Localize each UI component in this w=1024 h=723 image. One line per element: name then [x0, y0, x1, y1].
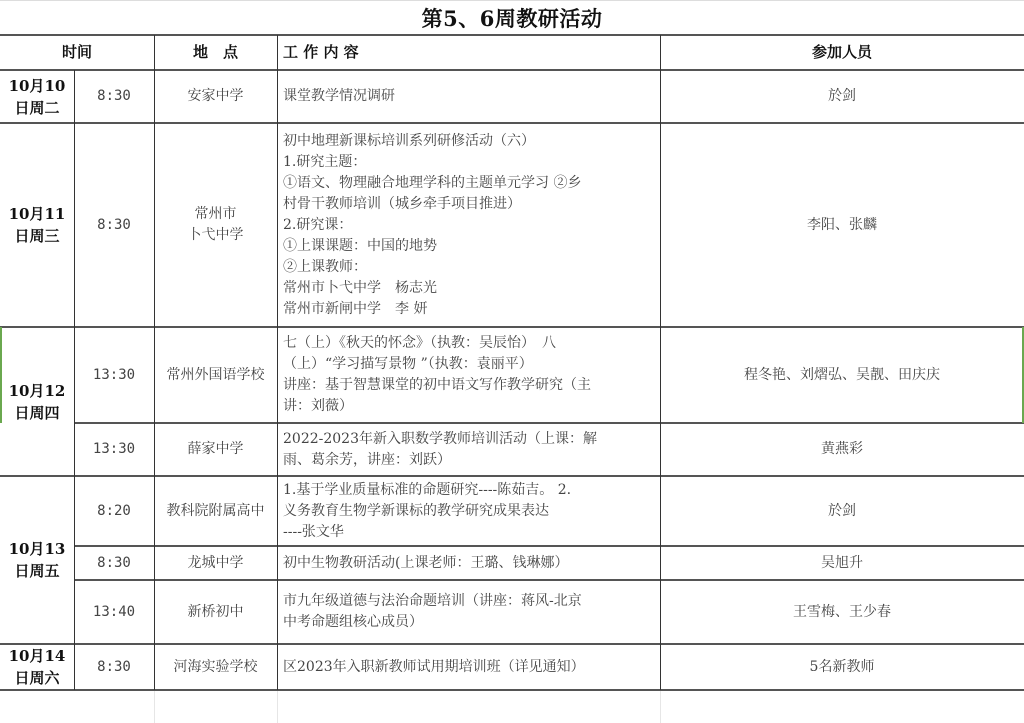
content-cell[interactable]: 1.基于学业质量标准的命题研究----陈茹吉。 2. 义务教育生物学新课标的教学… [277, 476, 660, 546]
content-cell[interactable]: 初中地理新课标培训系列研修活动（六） 1.研究主题： ①语文、物理融合地理学科的… [277, 123, 660, 327]
content-cell[interactable]: 初中生物教研活动(上课老师：王璐、钱琳娜） [277, 546, 660, 580]
table-border [74, 422, 1024, 424]
gridline [660, 691, 661, 723]
time-cell[interactable]: 8:30 [74, 123, 154, 327]
date-cell[interactable]: 10月10 日周二 [0, 70, 74, 123]
location-cell[interactable]: 常州市 卜弋中学 [154, 123, 277, 327]
location-cell[interactable]: 薛家中学 [154, 423, 277, 476]
time-cell[interactable]: 8:30 [74, 644, 154, 690]
participants-cell[interactable]: 於剑 [660, 476, 1024, 546]
header-content[interactable]: 工 作 内 容 [277, 35, 660, 70]
content-cell[interactable]: 市九年级道德与法治命题培训（讲座：蒋风-北京 中考命题组核心成员） [277, 580, 660, 644]
time-cell[interactable]: 13:40 [74, 580, 154, 644]
page-title: 第5、6周教研活动 [0, 0, 1024, 35]
date-cell[interactable]: 10月12 日周四 [0, 327, 74, 476]
location-cell[interactable]: 龙城中学 [154, 546, 277, 580]
table-border [277, 35, 278, 690]
location-cell[interactable]: 常州外国语学校 [154, 327, 277, 423]
participants-cell[interactable]: 吴旭升 [660, 546, 1024, 580]
time-cell[interactable]: 8:20 [74, 476, 154, 546]
location-cell[interactable]: 河海实验学校 [154, 644, 277, 690]
gridline [277, 691, 278, 723]
date-cell[interactable]: 10月14 日周六 [0, 644, 74, 690]
participants-cell[interactable]: 於剑 [660, 70, 1024, 123]
participants-cell[interactable]: 5名新教师 [660, 644, 1024, 690]
participants-cell[interactable]: 李阳、张麟 [660, 123, 1024, 327]
time-cell[interactable]: 13:30 [74, 327, 154, 423]
content-cell[interactable]: 课堂教学情况调研 [277, 70, 660, 123]
table-border [74, 545, 1024, 547]
table-border [74, 579, 1024, 581]
table-border [154, 35, 155, 690]
selection-border-left [0, 327, 2, 423]
header-time[interactable]: 时间 [0, 35, 154, 70]
time-cell[interactable]: 8:30 [74, 546, 154, 580]
location-cell[interactable]: 教科院附属高中 [154, 476, 277, 546]
table-border [74, 70, 75, 690]
gridline [154, 691, 155, 723]
table-border [660, 35, 661, 690]
content-cell[interactable]: 2022-2023年新入职数学教师培训活动（上课：解 雨、葛余芳，讲座：刘跃） [277, 423, 660, 476]
location-cell[interactable]: 新桥初中 [154, 580, 277, 644]
date-cell[interactable]: 10月13 日周五 [0, 476, 74, 644]
participants-cell-selected[interactable]: 程冬艳、刘熠弘、吴靓、田庆庆 [660, 327, 1024, 423]
date-cell[interactable]: 10月11 日周三 [0, 123, 74, 327]
participants-cell[interactable]: 黄燕彩 [660, 423, 1024, 476]
header-participants[interactable]: 参加人员 [660, 35, 1024, 70]
content-cell[interactable]: 区2023年入职新教师试用期培训班（详见通知） [277, 644, 660, 690]
time-cell[interactable]: 8:30 [74, 70, 154, 123]
participants-cell[interactable]: 王雪梅、王少春 [660, 580, 1024, 644]
header-location[interactable]: 地 点 [154, 35, 277, 70]
location-cell[interactable]: 安家中学 [154, 70, 277, 123]
time-cell[interactable]: 13:30 [74, 423, 154, 476]
content-cell[interactable]: 七（上）《秋天的怀念》（执教：吴辰怡） 八 （上）“学习描写景物 ”（执教：袁丽… [277, 327, 660, 423]
